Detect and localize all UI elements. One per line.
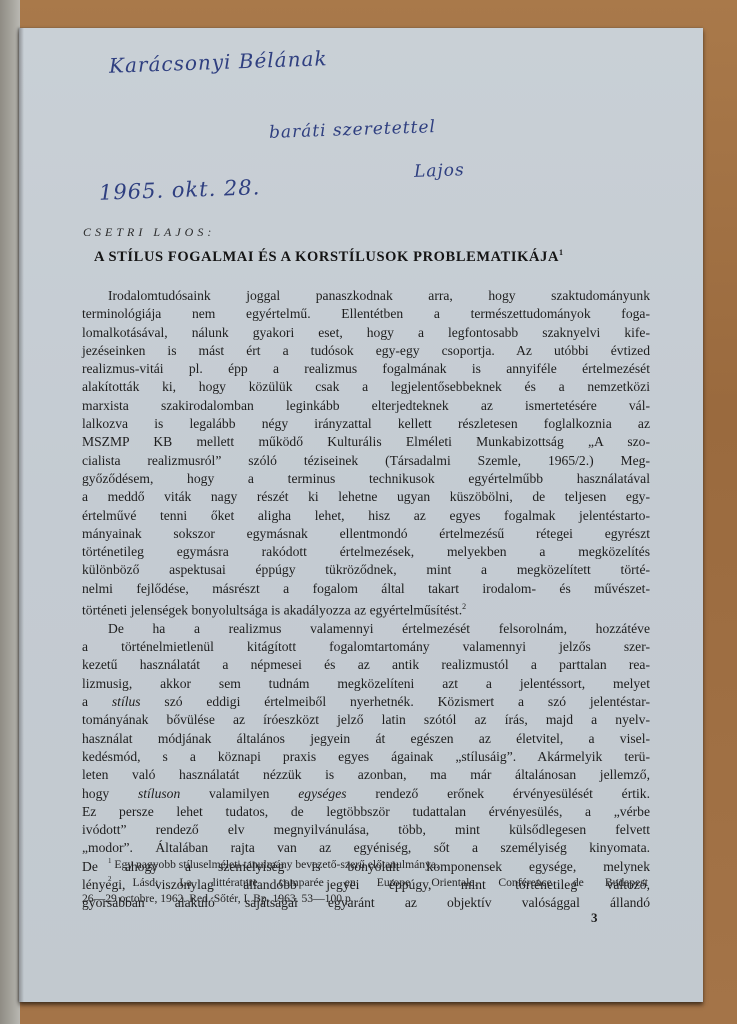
body-line: marxista szakirodalomban leginkább elter… <box>82 397 650 415</box>
document-page: Karácsonyi Bélának baráti szeretettel La… <box>19 28 703 1002</box>
handwritten-signature: Lajos <box>414 160 465 182</box>
body-line: értelművé tenni őket aligha lehet, hisz … <box>82 507 650 525</box>
body-line: hogy stíluson valamilyen egységes rendez… <box>82 785 650 803</box>
body-line: különböző aspektusai éppúgy tükröződnek,… <box>82 561 650 579</box>
footnote-marker: 2 <box>462 602 466 611</box>
article-title: A STÍLUS FOGALMAI ÉS A KORSTÍLUSOK PROBL… <box>94 248 634 266</box>
body-line: jezéseinken is mást ért a tudósok egy-eg… <box>82 342 650 360</box>
footnote-2: 2 Lásd: La littérature comparée en Europ… <box>82 872 648 890</box>
body-line: használat módjának általános jegyein át … <box>82 730 650 748</box>
body-line: ivódott” rendező elv megnyilvánulása, tö… <box>82 821 650 839</box>
footnote-marker: 1 <box>559 248 564 257</box>
footnote-2-continuation: 26—29 octobre, 1962. Red. Sőtér, I. Bp. … <box>82 891 648 907</box>
body-line: kedésmód, s a köznapi praxis egyes ágain… <box>82 748 650 766</box>
page-number: 3 <box>591 910 598 926</box>
article-title-text: A STÍLUS FOGALMAI ÉS A KORSTÍLUSOK PROBL… <box>94 249 559 265</box>
body-line: történetileg egymásra rakódott értelmezé… <box>82 543 650 561</box>
italic-term: egységes <box>298 786 346 801</box>
body-line: cialista realizmusról” szóló téziseinek … <box>82 452 650 470</box>
handwritten-dedication-greeting: baráti szeretettel <box>269 117 437 143</box>
body-line: lomalkotásával, nálunk gyakori eset, hog… <box>82 324 650 342</box>
body-line: lizmusig, akkor sem tudnám megközelíteni… <box>82 675 650 693</box>
handwritten-date: 1965. okt. 28. <box>99 175 261 205</box>
body-line: leten való használatát nézzük is azonban… <box>82 766 650 784</box>
body-line: a történelmietlenül kitágított fogalomta… <box>82 638 650 656</box>
body-line: terminológiája nem egyértelmű. Ellentétb… <box>82 305 650 323</box>
body-line: a meddő viták nagy részét ki lehetne ugy… <box>82 488 650 506</box>
footnote-1: 1 Egy nagyobb stíluselméleti tanulmány b… <box>82 854 648 872</box>
body-line: realizmus-vitái pl. épp a realizmus foga… <box>82 360 650 378</box>
body-line: alakították ki, hogy közülük csak a legj… <box>82 378 650 396</box>
footnote-text: Lásd: La littérature comparée en Europe … <box>133 876 648 889</box>
body-line: tományának bővülése az íróeszközt jelző … <box>82 711 650 729</box>
italic-term: stíluson <box>138 786 180 801</box>
body-line: Irodalomtudósaink joggal panaszkodnak ar… <box>82 287 650 305</box>
article-body: Irodalomtudósaink joggal panaszkodnak ar… <box>82 287 650 913</box>
italic-term: stílus <box>112 694 141 709</box>
body-line: nelmi fejlődése, másrészt a fogalom álta… <box>82 580 650 598</box>
body-line-text: történeti jelenségek bonyolultsága is ak… <box>82 603 462 618</box>
body-line: történeti jelenségek bonyolultsága is ak… <box>82 598 650 620</box>
body-line: kezetű használatát a népmesei és az anti… <box>82 656 650 674</box>
article-author: CSETRI LAJOS: <box>83 225 215 240</box>
footnote-marker: 1 <box>108 857 112 865</box>
body-line: Ez persze lehet tudatos, de legtöbbször … <box>82 803 650 821</box>
body-line: mányainak sokszor egymásnak ellentmondó … <box>82 525 650 543</box>
booklet-cover-edge <box>0 0 20 1024</box>
handwritten-dedication-recipient: Karácsonyi Bélának <box>109 46 328 78</box>
body-line: a stílus szó eddigi értelmeiből nyerhetn… <box>82 693 650 711</box>
body-line: győződésem, hogy a terminus technikusok … <box>82 470 650 488</box>
body-line: De ha a realizmus valamennyi értelmezésé… <box>82 620 650 638</box>
footnote-text: Egy nagyobb stíluselméleti tanulmány bev… <box>114 858 439 871</box>
body-line: MSZMP KB mellett működő Kulturális Elmél… <box>82 433 650 451</box>
footnote-marker: 2 <box>108 875 112 883</box>
footnotes: 1 Egy nagyobb stíluselméleti tanulmány b… <box>82 854 648 906</box>
body-line: lalkozva is legalább négy irányzattal ke… <box>82 415 650 433</box>
